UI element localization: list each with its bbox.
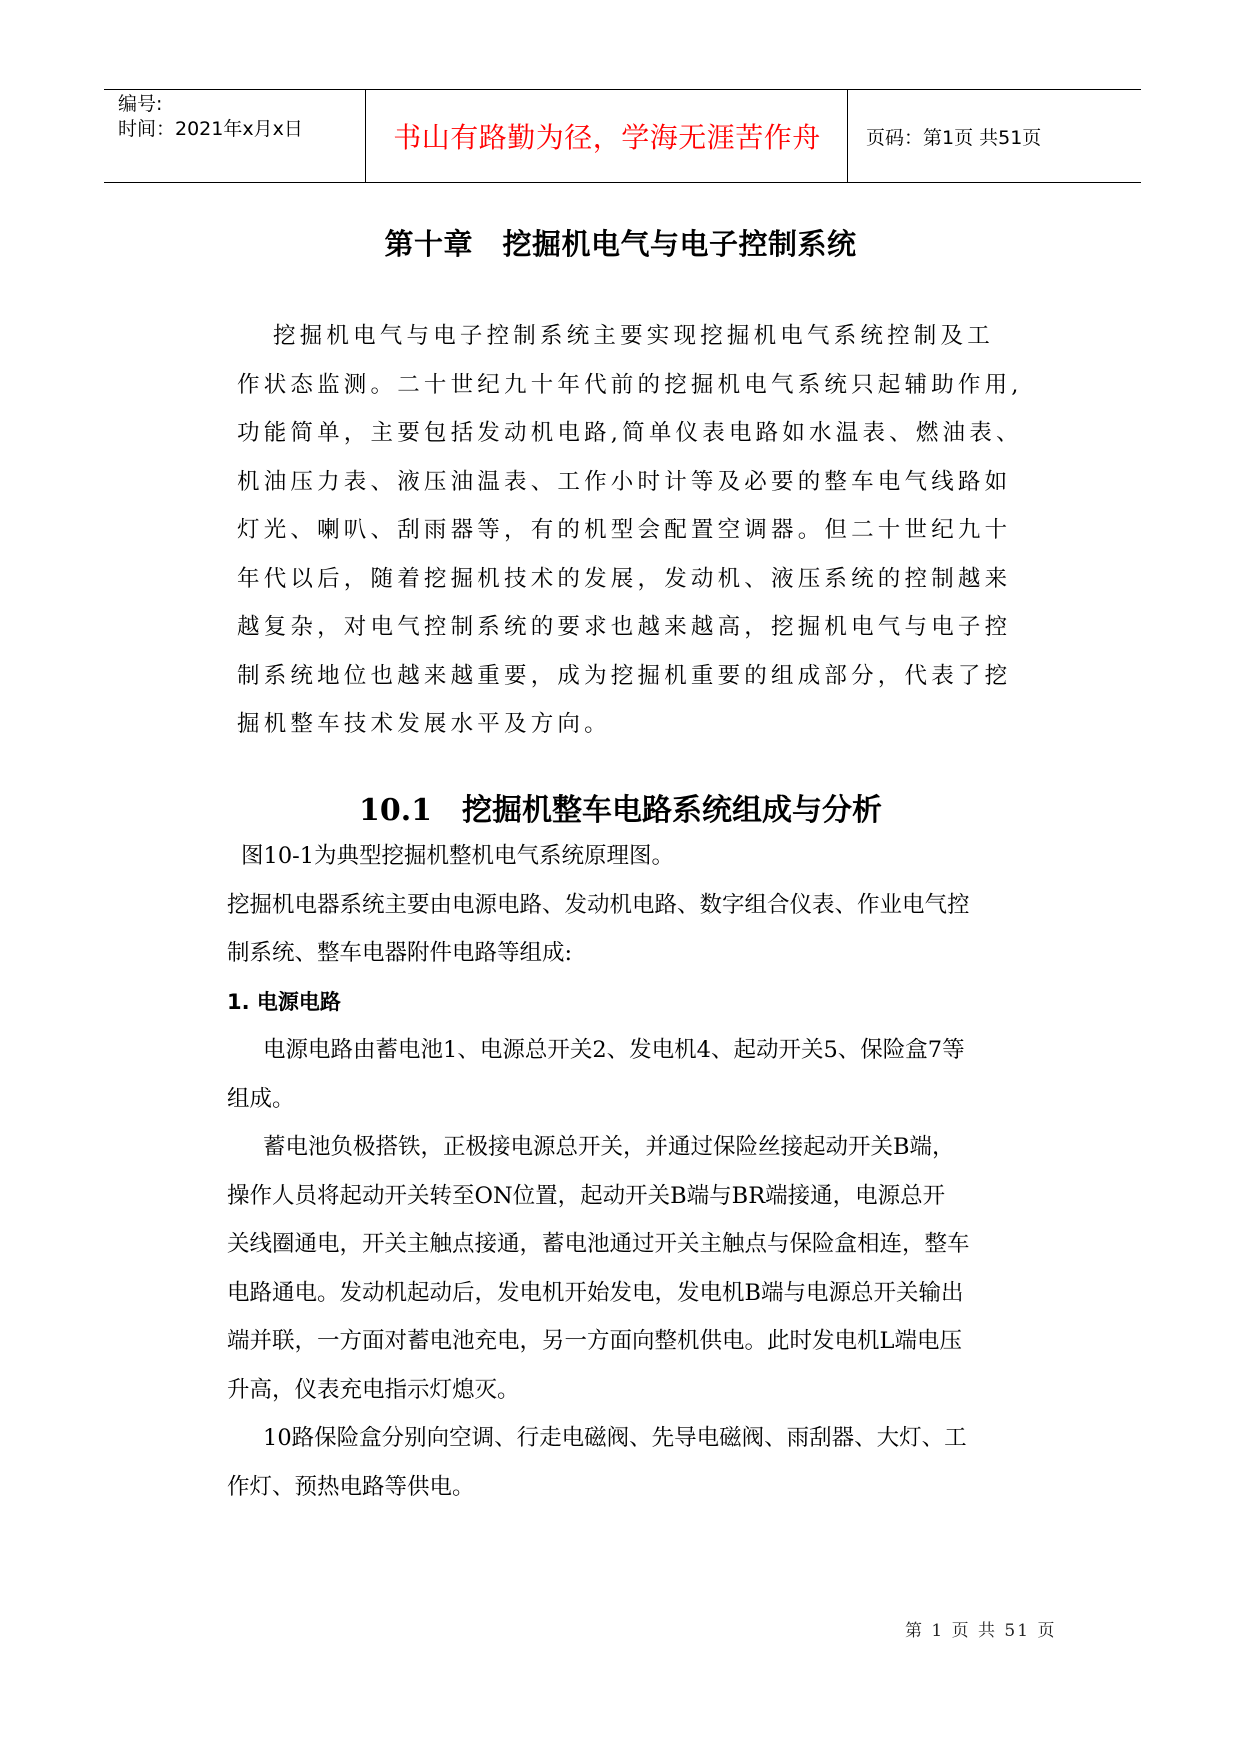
text-line: 端并联，一方面对蓄电池充电，另一方面向整机供电。此时发电机L端电压	[227, 1317, 1067, 1366]
text-line: 挖掘机电气与电子控制系统主要实现挖掘机电气系统控制及工	[237, 312, 1057, 361]
header-motto: 书山有路勤为径，学海无涯苦作舟	[367, 90, 848, 182]
text-line: 操作人员将起动开关转至ON位置，起动开关B端与BR端接通，电源总开	[227, 1172, 1067, 1221]
text-line: 制系统、整车电器附件电路等组成:	[227, 929, 1067, 978]
text-line: 作状态监测。二十世纪九十年代前的挖掘机电气系统只起辅助作用,	[237, 361, 1057, 410]
text-line: 关线圈通电，开关主触点接通，蓄电池通过开关主触点与保险盒相连，整车	[227, 1220, 1067, 1269]
text-line: 10路保险盒分别向空调、行走电磁阀、先导电磁阀、雨刮器、大灯、工	[227, 1414, 1067, 1463]
text-line: 电路通电。发动机起动后，发电机开始发电，发电机B端与电源总开关输出	[227, 1269, 1067, 1318]
text-line: 组成。	[227, 1075, 1067, 1124]
text-line: 升高，仪表充电指示灯熄灭。	[227, 1366, 1067, 1415]
text-line: 机油压力表、液压油温表、工作小时计等及必要的整车电气线路如	[237, 458, 1057, 507]
text-line: 蓄电池负极搭铁，正极接电源总开关，并通过保险丝接起动开关B端，	[227, 1123, 1067, 1172]
text-line: 灯光、喇叭、刮雨器等，有的机型会配置空调器。但二十世纪九十	[237, 506, 1057, 555]
page-footer: 第 1 页 共 51 页	[905, 1616, 1056, 1641]
text-line: 制系统地位也越来越重要，成为挖掘机重要的组成部分，代表了挖	[237, 652, 1057, 701]
text-line: 挖掘机电器系统主要由电源电路、发动机电路、数字组合仪表、作业电气控	[227, 881, 1067, 930]
header-page-info: 页码：第1页 共51页	[848, 90, 1141, 182]
text-line: 越复杂，对电气控制系统的要求也越来越高，挖掘机电气与电子控	[237, 603, 1057, 652]
intro-paragraph: 挖掘机电气与电子控制系统主要实现挖掘机电气系统控制及工 作状态监测。二十世纪九十…	[237, 312, 1057, 749]
doc-date: 时间：2021年x月x日	[118, 117, 365, 142]
text-line: 功能简单，主要包括发动机电路,简单仪表电路如水温表、燃油表、	[237, 409, 1057, 458]
header-meta: 编号: 时间：2021年x月x日	[104, 90, 366, 182]
text-line: 图10-1为典型挖掘机整机电气系统原理图。	[227, 832, 1067, 881]
page-header: 编号: 时间：2021年x月x日 书山有路勤为径，学海无涯苦作舟 页码：第1页 …	[104, 89, 1141, 183]
subsection-heading: 1. 电源电路	[227, 978, 1067, 1027]
text-line: 掘机整车技术发展水平及方向。	[237, 700, 1057, 749]
section-body: 图10-1为典型挖掘机整机电气系统原理图。 挖掘机电器系统主要由电源电路、发动机…	[227, 832, 1067, 1511]
text-line: 作灯、预热电路等供电。	[227, 1463, 1067, 1512]
text-line: 电源电路由蓄电池1、电源总开关2、发电机4、起动开关5、保险盒7等	[227, 1026, 1067, 1075]
chapter-title: 第十章 挖掘机电气与电子控制系统	[0, 222, 1241, 263]
doc-number-label: 编号:	[118, 92, 365, 117]
text-line: 年代以后，随着挖掘机技术的发展，发动机、液压系统的控制越来	[237, 555, 1057, 604]
section-title: 10.1 挖掘机整车电路系统组成与分析	[0, 785, 1241, 829]
